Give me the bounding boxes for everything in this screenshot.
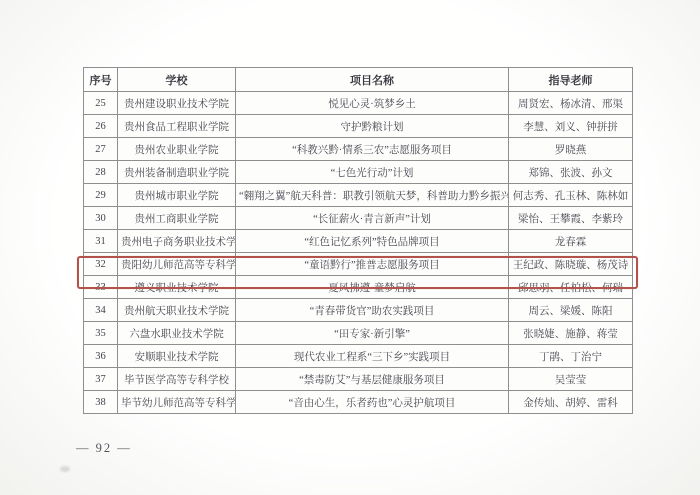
header-cell-project: 项目名称: [236, 68, 509, 92]
cell-no: 29: [84, 184, 118, 207]
page-number: — 92 —: [76, 441, 132, 456]
cell-school: 贵州工商职业学院: [118, 207, 236, 230]
table-row: 32贵阳幼儿师范高等专科学校“童语黔行”推普志愿服务项目王纪政、陈晓璇、杨茂诗: [84, 253, 633, 276]
cell-project: “田专家·新引擎”: [236, 322, 509, 345]
cell-no: 36: [84, 345, 118, 368]
cell-school: 贵州装备制造职业学院: [118, 161, 236, 184]
cell-teachers: 龙春霖: [509, 230, 633, 253]
cell-school: 贵州城市职业学院: [118, 184, 236, 207]
cell-project: “长征薪火·青言新声”计划: [236, 207, 509, 230]
cell-school: 贵州农业职业学院: [118, 138, 236, 161]
cell-project: “禁毒防艾”与基层健康服务项目: [236, 368, 509, 391]
cell-teachers: 周贤宏、杨冰清、邢渠: [509, 92, 633, 115]
cell-teachers: 吴莹莹: [509, 368, 633, 391]
table-row: 38毕节幼儿师范高等专科学校“音由心生，乐者药也”心灵护航项目金传灿、胡婷、雷科: [84, 391, 633, 414]
cell-project: 现代农业工程系“三下乡”实践项目: [236, 345, 509, 368]
table-row: 37毕节医学高等专科学校“禁毒防艾”与基层健康服务项目吴莹莹: [84, 368, 633, 391]
projects-table: 序号 学校 项目名称 指导老师 25贵州建设职业技术学院悦见心灵·筑梦乡土周贤宏…: [83, 67, 633, 414]
header-cell-teachers: 指导老师: [509, 68, 633, 92]
cell-no: 35: [84, 322, 118, 345]
cell-school: 毕节幼儿师范高等专科学校: [118, 391, 236, 414]
cell-project: “红色记忆系列”特色品牌项目: [236, 230, 509, 253]
cell-teachers: 王纪政、陈晓璇、杨茂诗: [509, 253, 633, 276]
cell-project: “科教兴黔·情系三农”志愿服务项目: [236, 138, 509, 161]
cell-school: 贵州食品工程职业学院: [118, 115, 236, 138]
table-row: 25贵州建设职业技术学院悦见心灵·筑梦乡土周贤宏、杨冰清、邢渠: [84, 92, 633, 115]
cell-school: 贵阳幼儿师范高等专科学校: [118, 253, 236, 276]
cell-no: 27: [84, 138, 118, 161]
scan-smudge: [60, 466, 70, 472]
cell-school: 遵义职业技术学院: [118, 276, 236, 299]
header-cell-no: 序号: [84, 68, 118, 92]
header-row: 序号 学校 项目名称 指导老师: [84, 68, 633, 92]
cell-teachers: 郑锦、张波、孙文: [509, 161, 633, 184]
table-row: 29贵州城市职业学院“翱翔之翼”航天科普：职教引领航天梦，科普助力黔乡振兴何志秀…: [84, 184, 633, 207]
table-header: 序号 学校 项目名称 指导老师: [84, 68, 633, 92]
cell-no: 33: [84, 276, 118, 299]
cell-no: 30: [84, 207, 118, 230]
table-row: 33遵义职业技术学院夏风拂遵·童梦启航邱思羽、任柏松、何瑞: [84, 276, 633, 299]
cell-project: “七色光行动”计划: [236, 161, 509, 184]
cell-school: 安顺职业技术学院: [118, 345, 236, 368]
table-row: 28贵州装备制造职业学院“七色光行动”计划郑锦、张波、孙文: [84, 161, 633, 184]
cell-school: 六盘水职业技术学院: [118, 322, 236, 345]
cell-teachers: 邱思羽、任柏松、何瑞: [509, 276, 633, 299]
cell-school: 毕节医学高等专科学校: [118, 368, 236, 391]
cell-project: 守护黔粮计划: [236, 115, 509, 138]
cell-no: 31: [84, 230, 118, 253]
table-row: 35六盘水职业技术学院“田专家·新引擎”张晓婕、施静、蒋莹: [84, 322, 633, 345]
header-cell-school: 学校: [118, 68, 236, 92]
cell-project: “童语黔行”推普志愿服务项目: [236, 253, 509, 276]
cell-teachers: 丁鹃、丁治宁: [509, 345, 633, 368]
cell-project: 夏风拂遵·童梦启航: [236, 276, 509, 299]
table-row: 26贵州食品工程职业学院守护黔粮计划李慧、刘义、钟拼拼: [84, 115, 633, 138]
cell-project: “音由心生，乐者药也”心灵护航项目: [236, 391, 509, 414]
cell-teachers: 罗晓燕: [509, 138, 633, 161]
cell-school: 贵州电子商务职业技术学院: [118, 230, 236, 253]
cell-teachers: 李慧、刘义、钟拼拼: [509, 115, 633, 138]
cell-no: 26: [84, 115, 118, 138]
table-row: 34贵州航天职业技术学院“青春带货官”助农实践项目周云、梁媛、陈阳: [84, 299, 633, 322]
table-row: 27贵州农业职业学院“科教兴黔·情系三农”志愿服务项目罗晓燕: [84, 138, 633, 161]
cell-no: 38: [84, 391, 118, 414]
cell-teachers: 张晓婕、施静、蒋莹: [509, 322, 633, 345]
cell-no: 25: [84, 92, 118, 115]
cell-project: 悦见心灵·筑梦乡土: [236, 92, 509, 115]
cell-teachers: 周云、梁媛、陈阳: [509, 299, 633, 322]
table-row: 36安顺职业技术学院现代农业工程系“三下乡”实践项目丁鹃、丁治宁: [84, 345, 633, 368]
cell-no: 37: [84, 368, 118, 391]
table-row: 30贵州工商职业学院“长征薪火·青言新声”计划梁怡、王攀霞、李紫玲: [84, 207, 633, 230]
cell-school: 贵州航天职业技术学院: [118, 299, 236, 322]
cell-project: “青春带货官”助农实践项目: [236, 299, 509, 322]
cell-no: 32: [84, 253, 118, 276]
cell-school: 贵州建设职业技术学院: [118, 92, 236, 115]
cell-teachers: 梁怡、王攀霞、李紫玲: [509, 207, 633, 230]
cell-project: “翱翔之翼”航天科普：职教引领航天梦，科普助力黔乡振兴: [236, 184, 509, 207]
cell-no: 28: [84, 161, 118, 184]
cell-teachers: 何志秀、孔玉林、陈林如: [509, 184, 633, 207]
cell-teachers: 金传灿、胡婷、雷科: [509, 391, 633, 414]
cell-no: 34: [84, 299, 118, 322]
table-row: 31贵州电子商务职业技术学院“红色记忆系列”特色品牌项目龙春霖: [84, 230, 633, 253]
table-body: 25贵州建设职业技术学院悦见心灵·筑梦乡土周贤宏、杨冰清、邢渠26贵州食品工程职…: [84, 92, 633, 414]
